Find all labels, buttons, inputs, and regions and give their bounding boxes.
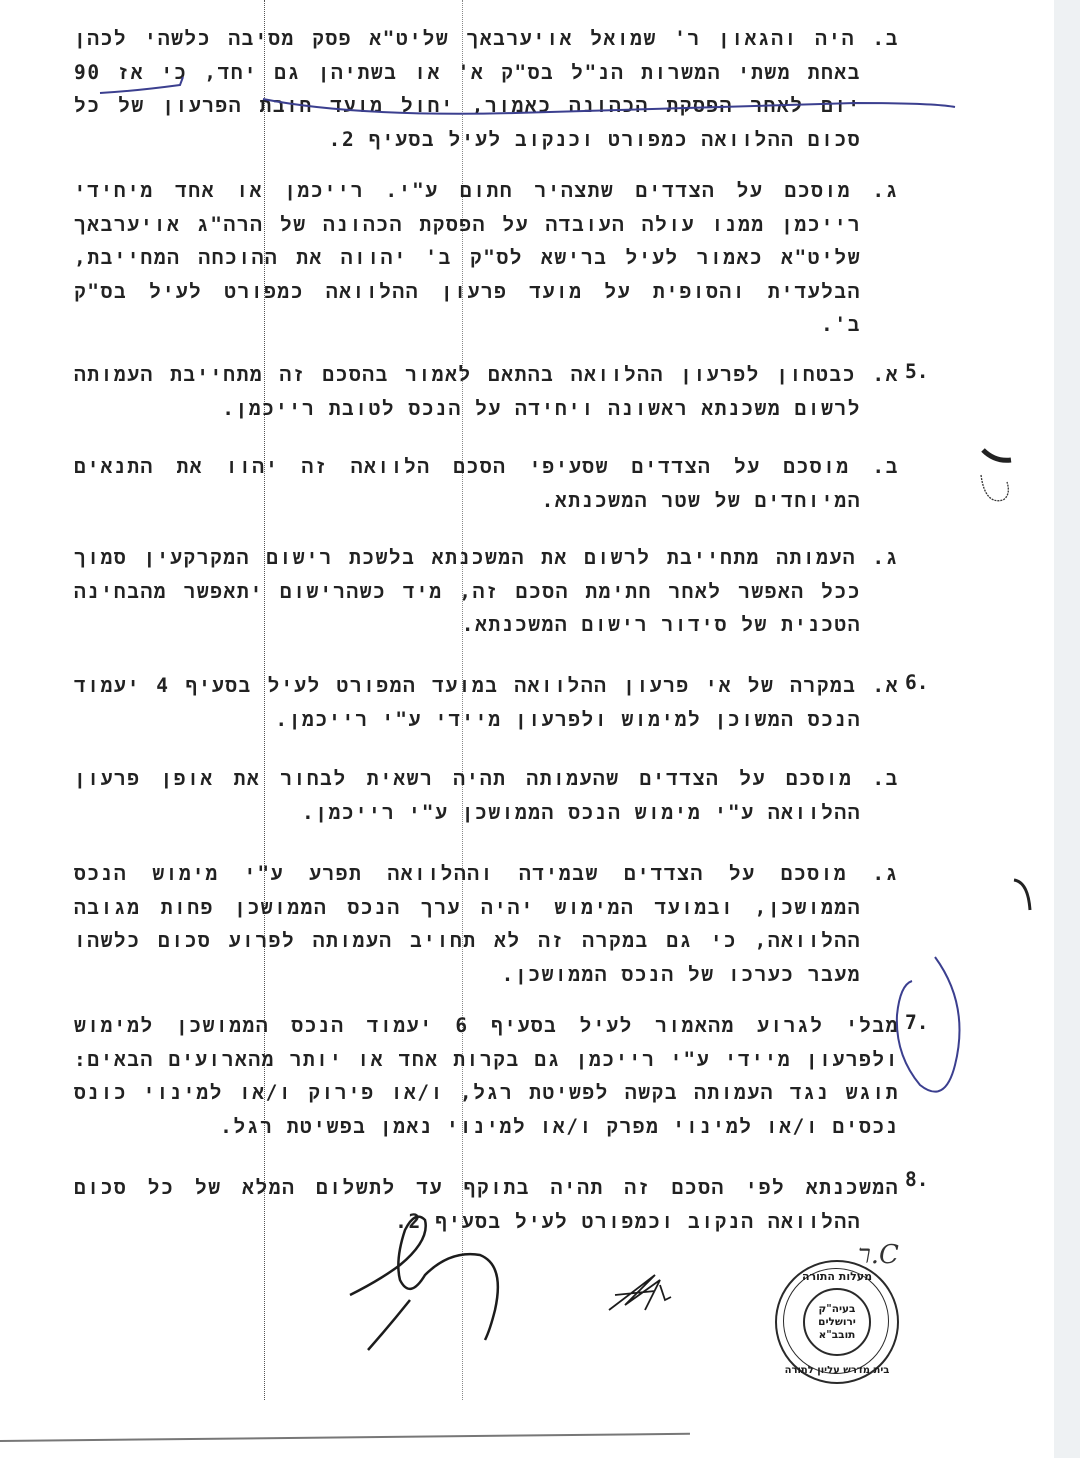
section-number: 6. <box>905 671 928 694</box>
section-5b: ב. מוסכם על הצדדים שסעיפי הסכם הלוואה זה… <box>74 450 899 517</box>
text-line: מבלי לגרוע מהאמור לעיל בסעיף 6 יעמוד הנכ… <box>74 1009 899 1043</box>
text-line: ככל האפשר לאחר חתימת הסכם זה, מיד כשהריש… <box>74 575 899 609</box>
text-line: ההלוואה, כי גם במקרה זה לא תחויב העמותה … <box>74 924 899 958</box>
text-line: ג. מוסכם על הצדדים שבמידה וההלוואה תפרע … <box>74 857 899 891</box>
section-7: מבלי לגרוע מהאמור לעיל בסעיף 6 יעמוד הנכ… <box>74 1009 899 1143</box>
text-line: סכום ההלוואה כמפורט וכנקוב לעיל בסעיף 2. <box>74 123 899 157</box>
pen-underline-annotation <box>95 55 975 125</box>
text-line: תוגש נגד העמותה בקשה לפשיטת רגל, ו/או פי… <box>74 1076 899 1110</box>
section-6c: ג. מוסכם על הצדדים שבמידה וההלוואה תפרע … <box>74 857 899 991</box>
text-line: לרשום משכנתא ראשונה ויחידה על הנכס לטובת… <box>74 392 899 426</box>
text-line: ג. העמותה מתחייבת לרשום את המשכנתא בלשכת… <box>74 541 899 575</box>
margin-mark <box>975 440 1035 530</box>
margin-mark <box>1010 870 1050 930</box>
text-line: הטכנית של סידור רישום המשכנתא. <box>74 608 899 642</box>
text-line: ב'. <box>74 308 899 342</box>
stamp-top-text: מעלות התורה <box>777 1270 897 1283</box>
signature-1 <box>340 1210 540 1360</box>
text-line: ההלוואה ע"י מימוש הנכס הממושכן ע"י רייכמ… <box>74 796 899 830</box>
section-4c: ג. מוסכם על הצדדים שתצהיר חתום ע"י. רייכ… <box>74 174 899 342</box>
stamp-inner-line: ירושלים <box>818 1316 856 1329</box>
section-5a: א. כבטחון לפרעון ההלוואה בהתאם לאמור בהס… <box>74 358 899 425</box>
pen-circle-annotation <box>895 955 975 1105</box>
scanned-document-page: ב. היה והגאון ר' שמואל אויערבאך שליט"א פ… <box>0 0 1054 1458</box>
text-line: שליט"א כאמור לעיל ברישא לס"ק ב' יהווה את… <box>74 241 899 275</box>
section-6a: א. במקרה של אי פרעון ההלוואה במועד המפור… <box>74 669 899 736</box>
text-line: הבלעדית והסופית על מועד פרעון ההלוואה כמ… <box>74 275 899 309</box>
organization-stamp: מעלות התורה בעיה"ק ירושלים תובב"א בית מד… <box>775 1260 899 1384</box>
text-line: המיוחדים של שטר המשכנתא. <box>74 484 899 518</box>
text-line: מעבר כערכו של הנכס הממושכן. <box>74 958 899 992</box>
text-line: א. במקרה של אי פרעון ההלוואה במועד המפור… <box>74 669 899 703</box>
section-5c: ג. העמותה מתחייבת לרשום את המשכנתא בלשכת… <box>74 541 899 642</box>
text-line: המשכנתא לפי הסכם זה תהיה בתוקף עד לתשלום… <box>74 1171 899 1205</box>
text-line: ולפרעון מיידי ע"י רייכמן גם בקרות אחד או… <box>74 1043 899 1077</box>
text-line: ב. היה והגאון ר' שמואל אויערבאך שליט"א פ… <box>74 22 899 56</box>
text-line: הנכס המשוכן למימוש ולפרעון מיידי ע"י ריי… <box>74 703 899 737</box>
section-6b: ב. מוסכם על הצדדים שהעמותה תהיה רשאית לב… <box>74 762 899 829</box>
text-line: ב. מוסכם על הצדדים שסעיפי הסכם הלוואה זה… <box>74 450 899 484</box>
stamp-inner: בעיה"ק ירושלים תובב"א <box>803 1288 871 1356</box>
section-number: 8. <box>905 1168 928 1191</box>
signature-2 <box>605 1265 685 1325</box>
text-line: רייכמן ממנו עולה העובדה על הפסקת הכהונה … <box>74 208 899 242</box>
text-line: הממושכן, ובמועד המימוש יהיה ערך הנכס הממ… <box>74 891 899 925</box>
stamp-bottom-text: בית מדרש עליון לתורה <box>777 1365 897 1376</box>
scan-edge-strip <box>1054 0 1080 1458</box>
stamp-inner-line: תובב"א <box>819 1329 856 1342</box>
text-line: נכסים ו/או למינוי מפרק ו/או למינוי נאמן … <box>74 1110 899 1144</box>
text-line: א. כבטחון לפרעון ההלוואה בהתאם לאמור בהס… <box>74 358 899 392</box>
section-number: 5. <box>905 360 928 383</box>
text-line: ב. מוסכם על הצדדים שהעמותה תהיה רשאית לב… <box>74 762 899 796</box>
text-line: ג. מוסכם על הצדדים שתצהיר חתום ע"י. רייכ… <box>74 174 899 208</box>
stamp-inner-line: בעיה"ק <box>819 1303 856 1316</box>
page-edge-line <box>0 1433 690 1442</box>
